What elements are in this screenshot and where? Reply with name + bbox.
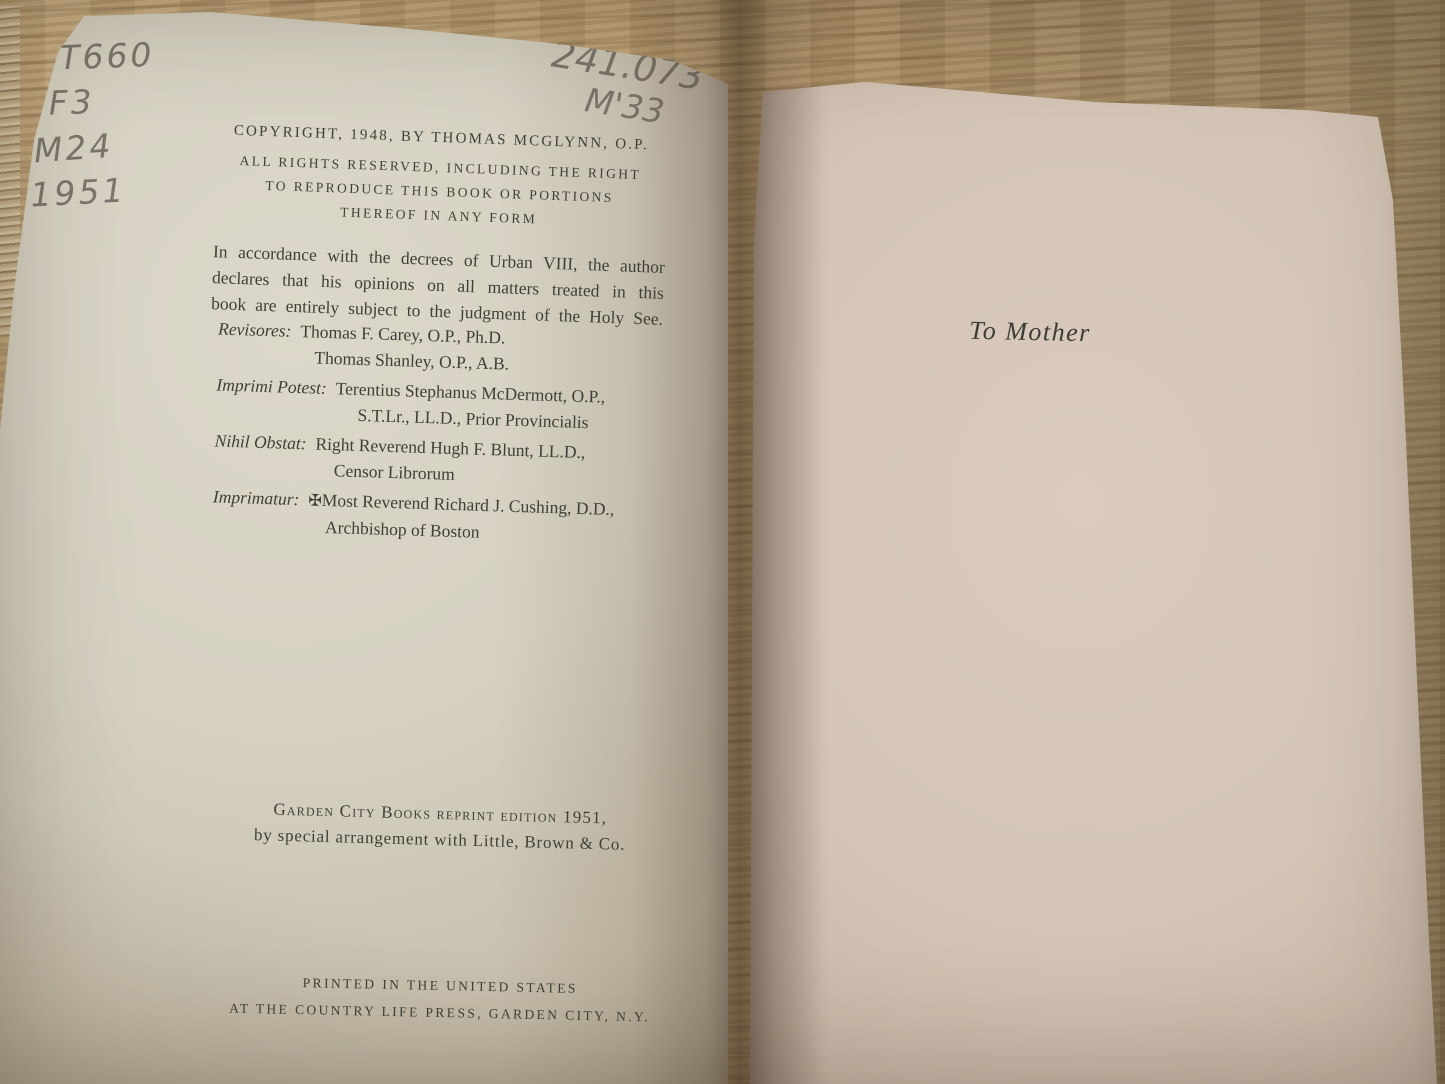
approvals-block: Revisores:Thomas F. Carey, O.P., Ph.D. T… (212, 316, 699, 556)
approval-text: Archbishop of Boston (212, 510, 693, 551)
call-number-line: M24 (32, 120, 159, 174)
book-photo: BT660 .F3 M24 1951 241.073 M'33 COPYRIGH… (0, 0, 1445, 1084)
left-page-copyright: BT660 .F3 M24 1951 241.073 M'33 COPYRIGH… (0, 0, 728, 1084)
printer-notice: PRINTED IN THE UNITED STATES AT THE COUN… (204, 967, 675, 1031)
edition-notice: Garden City Books reprint edition 1951, … (204, 798, 675, 856)
approval-label: Nihil Obstat: (214, 430, 306, 453)
approval-label: Imprimatur: (213, 486, 300, 509)
approval-imprimi-potest: Imprimi Potest:Terentius Stephanus McDer… (215, 371, 696, 438)
approval-imprimatur: Imprimatur:✠Most Reverend Richard J. Cus… (212, 483, 693, 551)
copyright-block: COPYRIGHT, 1948, BY THOMAS MCGLYNN, O.P.… (203, 122, 676, 236)
maltese-cross-icon: ✠ (308, 490, 322, 509)
call-number-line: 1951 (29, 166, 160, 218)
approval-text: Thomas F. Carey, O.P., Ph.D. (300, 321, 506, 347)
edition-line: by special arrangement with Little, Brow… (204, 824, 674, 856)
approval-label: Imprimi Potest: (216, 374, 327, 397)
dedication-text: To Mother (920, 315, 1141, 350)
call-number-line: .F3 (34, 77, 156, 126)
approval-label: Revisores: (218, 319, 292, 341)
approval-nihil-obstat: Nihil Obstat:Right Reverend Hugh F. Blun… (214, 427, 695, 494)
right-page-dedication: To Mother (745, 80, 1445, 1084)
